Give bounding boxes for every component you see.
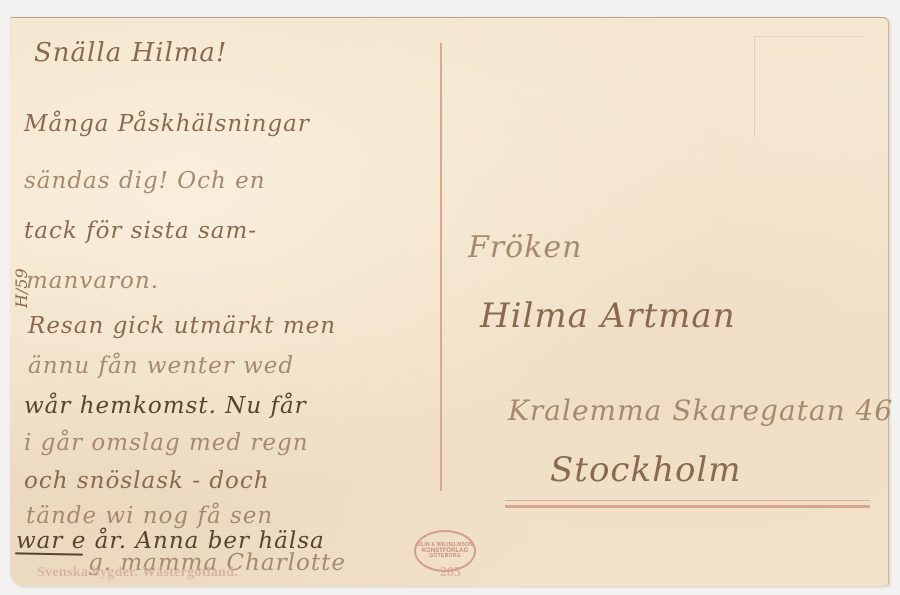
imprint-caption: Svenska bygder. Wästergötland. [37,565,238,581]
message-line-6: ännu fån wenter wed [28,353,294,379]
message-line-7: wår hemkomst. Nu får [24,393,307,419]
message-line-4: manvaron. [26,268,159,294]
address-rule-thin [505,500,870,501]
address-street: Kralemma Skaregatan 46 [508,394,893,427]
address-rule-thick [505,505,870,508]
address-city: Stockholm [550,450,742,490]
message-line-8: i går omslag med regn [24,430,309,456]
message-line-2: sändas dig! Och en [24,168,266,194]
address-name: Hilma Artman [480,296,736,336]
publisher-city: GÖTEBORG [429,554,461,559]
margin-pencil-note: H/59 [12,268,31,308]
message-greeting: Snälla Hilma! [34,38,227,68]
underline-stroke [15,552,83,555]
message-line-5: Resan gick utmärkt men [28,313,336,339]
address-title: Fröken [468,230,582,265]
scan-background: Snälla Hilma! Många Påskhälsningar sända… [0,0,900,595]
stamp-placement-box [754,36,865,137]
center-divider-line [440,43,442,491]
message-line-10: tände wi nog få sen [26,503,273,529]
message-line-1: Många Påskhälsningar [24,111,310,137]
postcard: Snälla Hilma! Många Påskhälsningar sända… [10,17,889,586]
publisher-stamp: OLIN & WILHELMSON KONSTFÖRLAG GÖTEBORG [414,530,476,572]
message-line-3: tack för sista sam- [24,218,257,244]
message-line-9: och snöslask - doch [24,468,270,494]
